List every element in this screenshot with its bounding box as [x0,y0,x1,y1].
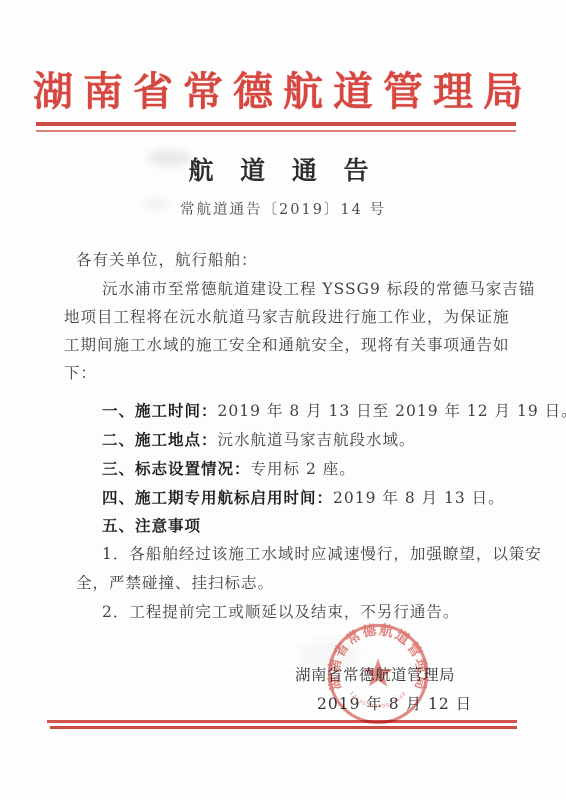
item-label: 五、注意事项 [102,516,201,535]
seal-code: 1243000079927648 [348,690,408,710]
header-rule-thin [36,130,516,132]
note-line: 1．各船舶经过该施工水域时应减速慢行，加强瞭望，以策安 [102,545,542,564]
svg-text:湖南省常德航道管理局: 湖南省常德航道管理局 [325,621,429,691]
item-text: 2019 年 8 月 13 日至 2019 年 12 月 19 日。 [218,402,566,420]
header-rule-thick [36,122,516,126]
seal-star-icon [363,659,393,687]
doc-number: 常航道通告〔2019〕14 号 [0,198,566,219]
item-label: 四、施工期专用航标启用时间： [102,488,333,507]
intro-line: 下： [64,364,97,383]
notice-title: 航 道 通 告 [0,151,566,187]
intro-line: 沅水浦市至常德航道建设工程 YSSG9 标段的常德马家吉锚 [102,280,535,299]
item-label: 二、施工地点： [102,430,218,449]
intro-line: 工期间施工水域的施工安全和通航安全，现将有关事项通告如 [64,336,510,355]
item-row: 一、施工时间：2019 年 8 月 13 日至 2019 年 12 月 19 日… [102,401,566,421]
item-row: 四、施工期专用航标启用时间：2019 年 8 月 13 日。 [102,488,505,508]
note-line: 全，严禁碰撞、挂扫标志。 [76,574,274,593]
svg-text:1243000079927648: 1243000079927648 [348,690,408,710]
salutation: 各有关单位，航行船舶： [76,251,258,270]
item-row: 二、施工地点：沅水航道马家吉航段水域。 [102,430,416,450]
agency-header: 湖南省常德航道管理局 [0,60,566,117]
item-label: 三、标志设置情况： [102,459,251,478]
bottom-rule-bottom [50,726,517,729]
item-row: 五、注意事项 [102,516,201,536]
bottom-rule-top [47,720,517,723]
item-text: 2019 年 8 月 13 日。 [333,489,505,507]
intro-line: 地项目工程将在沅水航道马家吉航段进行施工作业，为保证施 [64,308,510,327]
seal-ring-text: 湖南省常德航道管理局 [325,621,429,691]
document-page: 湖南省常德航道管理局 航 道 通 告 常航道通告〔2019〕14 号 各有关单位… [0,0,566,800]
item-text: 沅水航道马家吉航段水域。 [218,431,416,449]
official-seal: 湖南省常德航道管理局 1243000079927648 [316,612,440,736]
item-row: 三、标志设置情况：专用标 2 座。 [102,459,356,479]
item-label: 一、施工时间： [102,401,218,420]
item-text: 专用标 2 座。 [251,460,356,478]
